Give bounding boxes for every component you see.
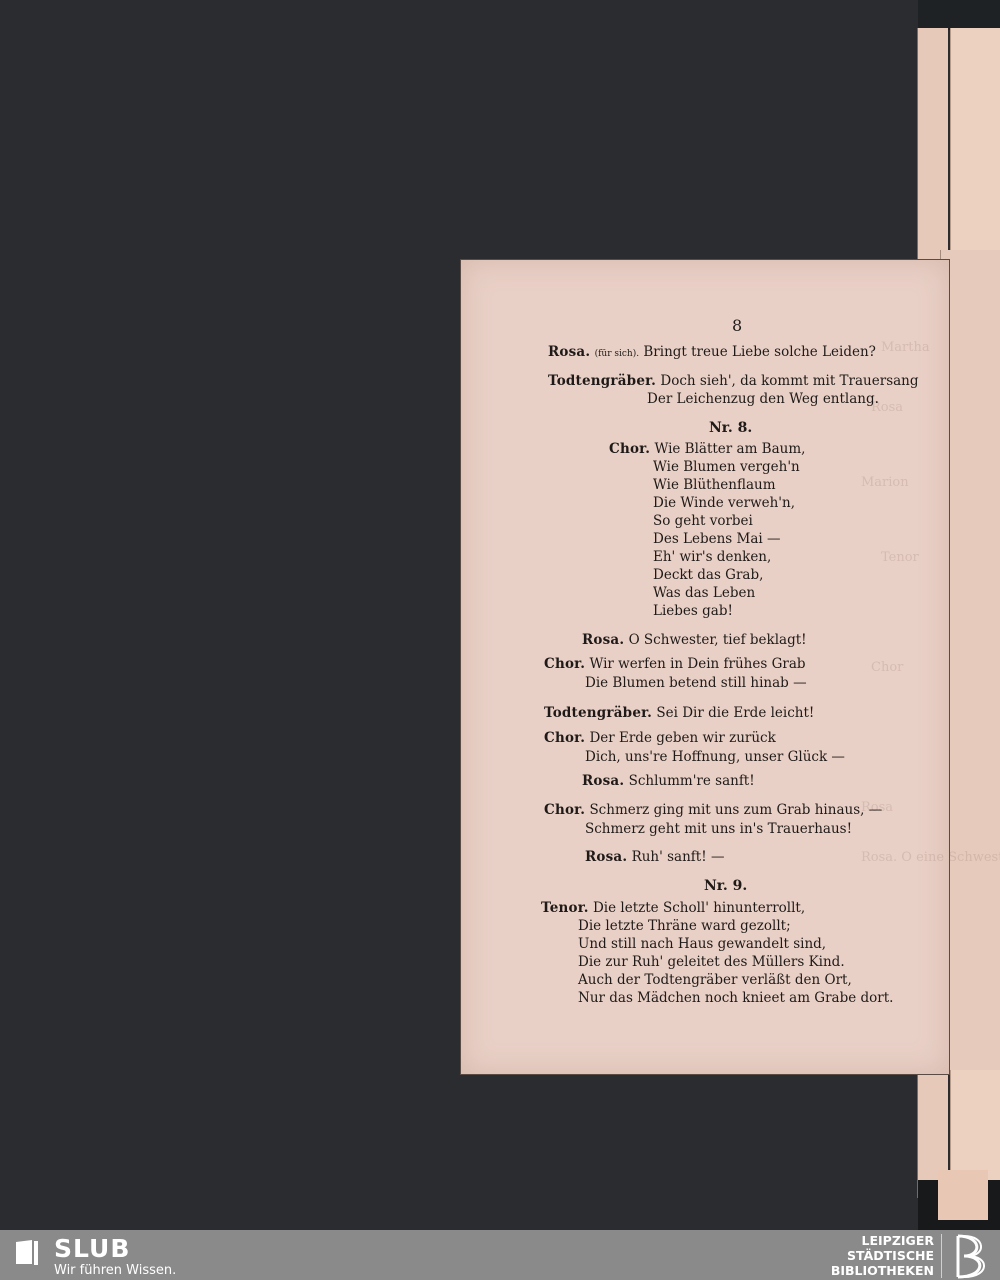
line-text: Und still nach Haus gewandelt sind, (578, 936, 826, 952)
speaker-name: Chor. (544, 802, 585, 818)
speaker-name: Tenor. (541, 900, 589, 916)
document-viewer: Martha Rosa Marion Tenor Chor Rosa Rosa.… (0, 0, 1000, 1230)
speaker-name: Rosa. (582, 632, 624, 648)
slub-logo-text[interactable]: SLUB (54, 1234, 130, 1263)
dialogue-line: Chor. Wir werfen in Dein frühes Grab (544, 656, 806, 672)
line-text: Die Blumen betend still hinab — (585, 675, 807, 691)
line-text: Die letzte Thräne ward gezollt; (578, 918, 791, 934)
dialogue-line: Todtengräber. Doch sieh', da kommt mit T… (548, 373, 919, 389)
lsb-line: LEIPZIGER (831, 1233, 934, 1248)
lsb-line: BIBLIOTHEKEN (831, 1263, 934, 1278)
speaker-name: Rosa. (585, 849, 627, 865)
slub-tagline: Wir führen Wissen. (54, 1263, 176, 1278)
line-text: Bringt treue Liebe solche Leiden? (643, 344, 876, 360)
lsb-line: STÄDTISCHE (831, 1248, 934, 1263)
speaker-name: Todtengräber. (548, 373, 656, 389)
line-text: Schlumm're sanft! (629, 773, 755, 789)
section-heading: Nr. 9. (704, 878, 747, 894)
line-text: Nur das Mädchen noch knieet am Grabe dor… (578, 990, 893, 1006)
line-text: Ruh' sanft! — (632, 849, 725, 865)
speaker-name: Rosa. (548, 344, 590, 360)
page-number: 8 (732, 316, 742, 335)
line-text: O Schwester, tief beklagt! (629, 632, 807, 648)
line-text: Schmerz geht mit uns in's Trauerhaus! (585, 821, 852, 837)
speaker-name: Chor. (609, 441, 650, 457)
lsb-b-logo-icon (952, 1233, 992, 1280)
line-text: Der Erde geben wir zurück (589, 730, 775, 746)
stage-direction: (für sich). (595, 349, 640, 359)
line-text: Der Leichenzug den Weg entlang. (647, 391, 879, 407)
book-page: Martha Rosa Marion Tenor Chor Rosa Rosa.… (460, 259, 950, 1075)
line-text: So geht vorbei (653, 513, 753, 529)
line-text: Liebes gab! (653, 603, 733, 619)
line-text: Dich, uns're Hoffnung, unser Glück — (585, 749, 845, 765)
line-text: Wie Blumen vergeh'n (653, 459, 800, 475)
dialogue-line: Tenor. Die letzte Scholl' hinunterrollt, (541, 900, 805, 916)
line-text: Wie Blätter am Baum, (654, 441, 805, 457)
dialogue-line: Rosa. O Schwester, tief beklagt! (582, 632, 807, 648)
scan-edge-bottom (918, 1180, 1000, 1230)
speaker-name: Chor. (544, 656, 585, 672)
dialogue-line: Rosa. Schlumm're sanft! (582, 773, 755, 789)
line-text: Auch der Todtengräber verläßt den Ort, (578, 972, 852, 988)
footer-bar: SLUB Wir führen Wissen. LEIPZIGER STÄDTI… (0, 1230, 1000, 1280)
line-text: Schmerz ging mit uns zum Grab hinaus, — (589, 802, 882, 818)
dialogue-line: Todtengräber. Sei Dir die Erde leicht! (544, 705, 814, 721)
speaker-name: Rosa. (582, 773, 624, 789)
footer-divider (941, 1234, 942, 1278)
line-text: Doch sieh', da kommt mit Trauersang (660, 373, 918, 389)
dialogue-line: Rosa. (für sich). Bringt treue Liebe sol… (548, 344, 876, 360)
line-text: Deckt das Grab, (653, 567, 763, 583)
line-text: Wie Blüthenflaum (653, 477, 776, 493)
section-heading: Nr. 8. (709, 420, 752, 436)
speaker-name: Todtengräber. (544, 705, 652, 721)
line-text: Sei Dir die Erde leicht! (656, 705, 814, 721)
dialogue-line: Chor. Schmerz ging mit uns zum Grab hina… (544, 802, 882, 818)
line-text: Die zur Ruh' geleitet des Müllers Kind. (578, 954, 845, 970)
line-text: Wir werfen in Dein frühes Grab (589, 656, 805, 672)
lsb-brand[interactable]: LEIPZIGER STÄDTISCHE BIBLIOTHEKEN (831, 1233, 934, 1278)
line-text: Eh' wir's denken, (653, 549, 771, 565)
line-text: Die Winde verweh'n, (653, 495, 795, 511)
scan-edge-top (918, 0, 1000, 30)
dialogue-line: Chor. Wie Blätter am Baum, (609, 441, 805, 457)
speaker-name: Chor. (544, 730, 585, 746)
dialogue-line: Chor. Der Erde geben wir zurück (544, 730, 776, 746)
line-text: Was das Leben (653, 585, 755, 601)
dialogue-line: Rosa. Ruh' sanft! — (585, 849, 724, 865)
line-text: Des Lebens Mai — (653, 531, 781, 547)
slub-book-icon (14, 1238, 40, 1266)
line-text: Die letzte Scholl' hinunterrollt, (593, 900, 805, 916)
